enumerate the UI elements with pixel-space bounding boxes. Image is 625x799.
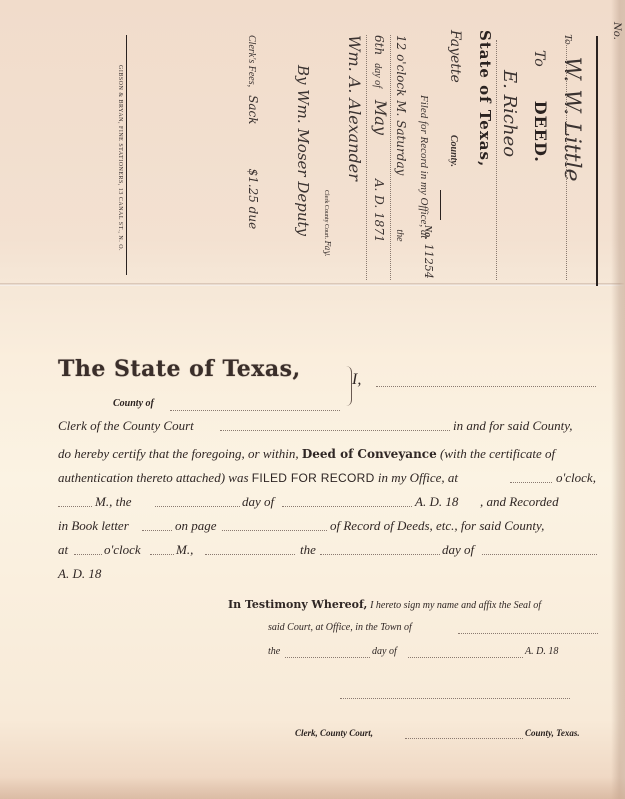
- town-field[interactable]: [458, 633, 598, 634]
- number-value: 11254: [422, 244, 435, 279]
- recorded-ampm-field[interactable]: [150, 554, 174, 555]
- cert-line-2-start: do hereby certify that the foregoing, or…: [58, 446, 299, 461]
- cert-line-5-end: of Record of Deeds, etc., for said Count…: [330, 518, 544, 534]
- fee-handwritten: Sack: [246, 95, 260, 124]
- filed-line-3: 6th day of May A. D. 1871: [370, 35, 390, 243]
- grantor-line: To W. W. Little: [559, 34, 584, 182]
- cert-line-7-ad: A. D. 18: [58, 566, 101, 582]
- cert-line-5-page: on page: [175, 518, 217, 534]
- book-letter-field[interactable]: [142, 530, 172, 531]
- cert-line-6-m: M.,: [176, 542, 193, 558]
- cert-line-3-end: o'clock,: [556, 470, 596, 486]
- recorded-month-field[interactable]: [482, 554, 597, 555]
- page-field[interactable]: [222, 530, 327, 531]
- testimony-line-1-end: I hereto sign my name and affix the Seal…: [370, 600, 541, 611]
- cert-line-5-start: in Book letter: [58, 518, 129, 534]
- filed-ampm-field[interactable]: [58, 506, 92, 507]
- filed-day-of: day of: [372, 63, 383, 88]
- clerk-county-court-label: Clerk, County Court,: [295, 728, 373, 738]
- county-label: County.: [448, 135, 459, 167]
- corner-number: No.: [611, 22, 622, 40]
- fee-amount: $1.25 due: [246, 169, 260, 230]
- grantor-dots: [566, 40, 567, 280]
- filed-for-record: FILED FOR RECORD: [252, 471, 375, 485]
- recorded-blank-field[interactable]: [205, 554, 295, 555]
- grantee-name: E. Richeo: [499, 70, 520, 157]
- cert-line-3-start: authentication thereto attached) was: [58, 470, 249, 485]
- cert-line-3: authentication thereto attached) was FIL…: [58, 470, 458, 486]
- filed-day: 6th: [372, 35, 386, 55]
- clerk-name-field[interactable]: [376, 386, 596, 387]
- recorded-day-field[interactable]: [320, 554, 440, 555]
- testimony-month-field[interactable]: [408, 657, 523, 658]
- clerk-title-text: Clerk County Court.: [323, 190, 329, 239]
- county-line: Fayette County.: [446, 30, 464, 167]
- fee-label: Clerk's Fees,: [246, 35, 257, 87]
- i-label: I,: [352, 371, 361, 389]
- printer-imprint: GIBSON & BRYAN, FINE STATIONERS, 13 CANA…: [117, 65, 123, 251]
- clerk-title: Clerk County Court. Fay.: [323, 190, 332, 256]
- paper-edge-bottom: [0, 777, 625, 799]
- testimony-the: the: [268, 646, 280, 657]
- instrument-line: To DEED.: [530, 50, 550, 163]
- county-court-field[interactable]: [220, 430, 450, 431]
- filed-the: the: [394, 229, 405, 241]
- filed-line-1: Filed for Record in my Office, at: [418, 95, 430, 238]
- cert-line-6-day-of: day of: [442, 542, 474, 558]
- filed-hour-field[interactable]: [510, 482, 552, 483]
- state-heading: State of Texas,: [476, 30, 494, 167]
- testimony-day-field[interactable]: [285, 657, 370, 658]
- filed-month: May: [371, 100, 390, 135]
- cert-line-3-mid: in my Office, at: [378, 470, 458, 485]
- signature-county-field[interactable]: [405, 738, 523, 739]
- docket-rule-left: [126, 35, 127, 275]
- cert-line-4-end: , and Recorded: [480, 494, 559, 510]
- heading-bracket: [343, 366, 352, 406]
- instrument-type: DEED.: [531, 101, 550, 163]
- cert-line-6-the: the: [300, 542, 316, 558]
- county-texas-label: County, Texas.: [525, 728, 580, 738]
- filed-year: A. D. 1871: [372, 179, 386, 243]
- grantor-name: W. W. Little: [559, 57, 584, 182]
- docket-rule-right: [596, 36, 598, 286]
- filed-day-field[interactable]: [155, 506, 240, 507]
- testimony-line-1: In Testimony Whereof, I hereto sign my n…: [228, 598, 541, 611]
- filed-line-2: 12 o'clock M. Saturday the: [392, 35, 410, 242]
- cert-line-6-at: at: [58, 542, 68, 558]
- form-title: The State of Texas,: [58, 356, 301, 382]
- cert-line-2: do hereby certify that the foregoing, or…: [58, 446, 555, 462]
- filed-dots-2: [366, 35, 367, 280]
- filed-dots-1: [390, 35, 391, 280]
- clerk-county: Fay.: [323, 241, 332, 257]
- cert-line-4-ad: A. D. 18: [415, 494, 458, 510]
- clerk-name: Wm. A. Alexander: [345, 35, 364, 181]
- clerk-signature-field[interactable]: [340, 698, 570, 699]
- cert-line-6-oclock: o'clock: [104, 542, 141, 558]
- cert-line-2-end: (with the certificate of: [440, 446, 555, 461]
- clerk-fees: Clerk's Fees, Sack $1.25 due: [244, 35, 262, 229]
- county-of-label: County of: [113, 398, 154, 409]
- filed-time: 12 o'clock M. Saturday: [394, 35, 408, 175]
- testimony-day-of: day of: [372, 646, 397, 657]
- testimony-line-2: said Court, at Office, in the Town of: [268, 622, 412, 633]
- filed-month-field[interactable]: [282, 506, 412, 507]
- cert-line-4-day-of: day of: [242, 494, 274, 510]
- to-prefix: To: [531, 50, 547, 67]
- testimony-ad: A. D. 18: [525, 646, 558, 657]
- docket-panel: No. To W. W. Little To DEED. E. Richeo S…: [100, 20, 625, 285]
- deputy-signature: By Wm. Moser Deputy: [294, 65, 312, 236]
- grantor-prefix: To: [562, 34, 574, 45]
- county-bracket: [440, 190, 441, 220]
- county-name: Fayette: [447, 30, 463, 83]
- deed-of-conveyance: Deed of Conveyance: [302, 447, 437, 461]
- cert-line-1-end: in and for said County,: [453, 418, 573, 434]
- cert-line-1-start: Clerk of the County Court: [58, 418, 194, 434]
- county-of-field[interactable]: [170, 410, 340, 411]
- recorded-hour-field[interactable]: [74, 554, 102, 555]
- grantee-dots: [496, 40, 497, 280]
- in-testimony-whereof: In Testimony Whereof,: [228, 598, 367, 611]
- cert-line-4-m: M., the: [95, 494, 131, 510]
